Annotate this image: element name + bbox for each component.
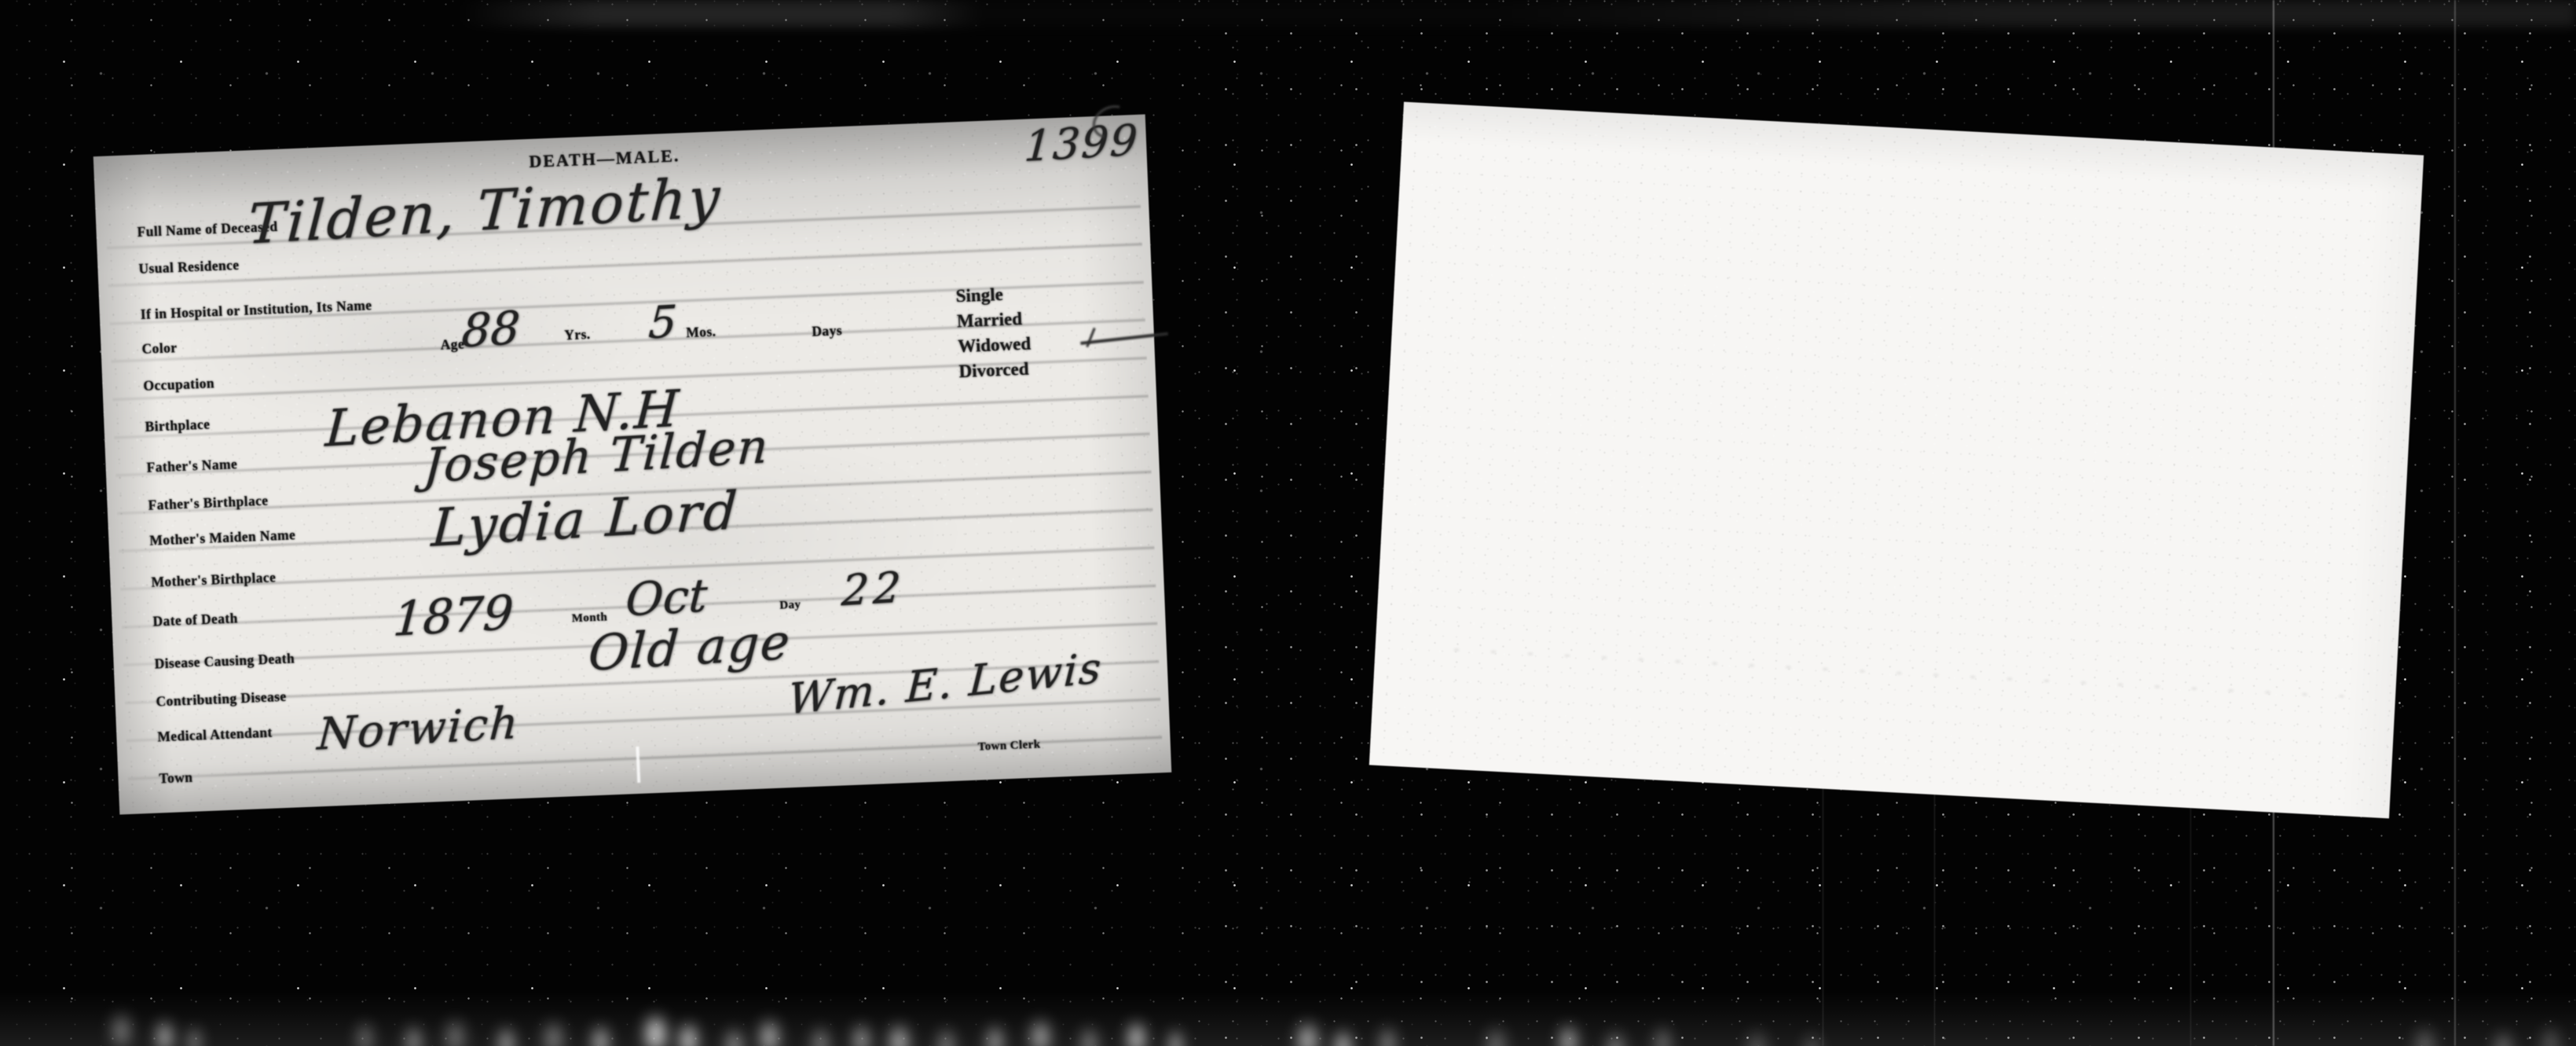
field-label-color: Color — [141, 339, 178, 358]
death-record-card: DEATH—MALE. 1399 Full Name of Deceased U… — [93, 114, 1172, 814]
age-years-entry: 88 — [460, 301, 522, 358]
months-label: Mos. — [686, 324, 716, 342]
field-label-town: Town — [159, 769, 193, 787]
paper-grain — [1369, 102, 2424, 819]
marital-option-single: Single — [955, 281, 1029, 310]
blank-card — [1369, 102, 2424, 819]
cause-of-death-entry: Old age — [587, 613, 793, 682]
out-of-focus-highlights — [0, 971, 7, 994]
field-label-date-of-death: Date of Death — [152, 610, 238, 629]
death-year-entry: 1879 — [391, 585, 515, 648]
days-label: Days — [812, 322, 842, 340]
bottom-blur-band — [0, 971, 2576, 1046]
years-label: Yrs. — [564, 326, 591, 343]
marital-status-options: Single Married Widowed Divorced — [955, 281, 1032, 385]
field-label-occupation: Occupation — [143, 375, 214, 395]
death-day-entry: 22 — [841, 562, 907, 615]
marital-option-widowed: Widowed — [958, 332, 1031, 360]
marital-option-divorced: Divorced — [958, 357, 1032, 385]
film-top-fuzz — [0, 0, 2576, 27]
microfilm-scan: DEATH—MALE. 1399 Full Name of Deceased U… — [0, 0, 2576, 1046]
day-label: Day — [779, 599, 801, 613]
film-scratch-line — [2454, 0, 2456, 1046]
marital-option-married: Married — [956, 306, 1030, 335]
age-months-entry: 5 — [647, 296, 679, 349]
field-label-birthplace: Birthplace — [145, 417, 211, 435]
clerk-title: Town Clerk — [977, 738, 1040, 754]
